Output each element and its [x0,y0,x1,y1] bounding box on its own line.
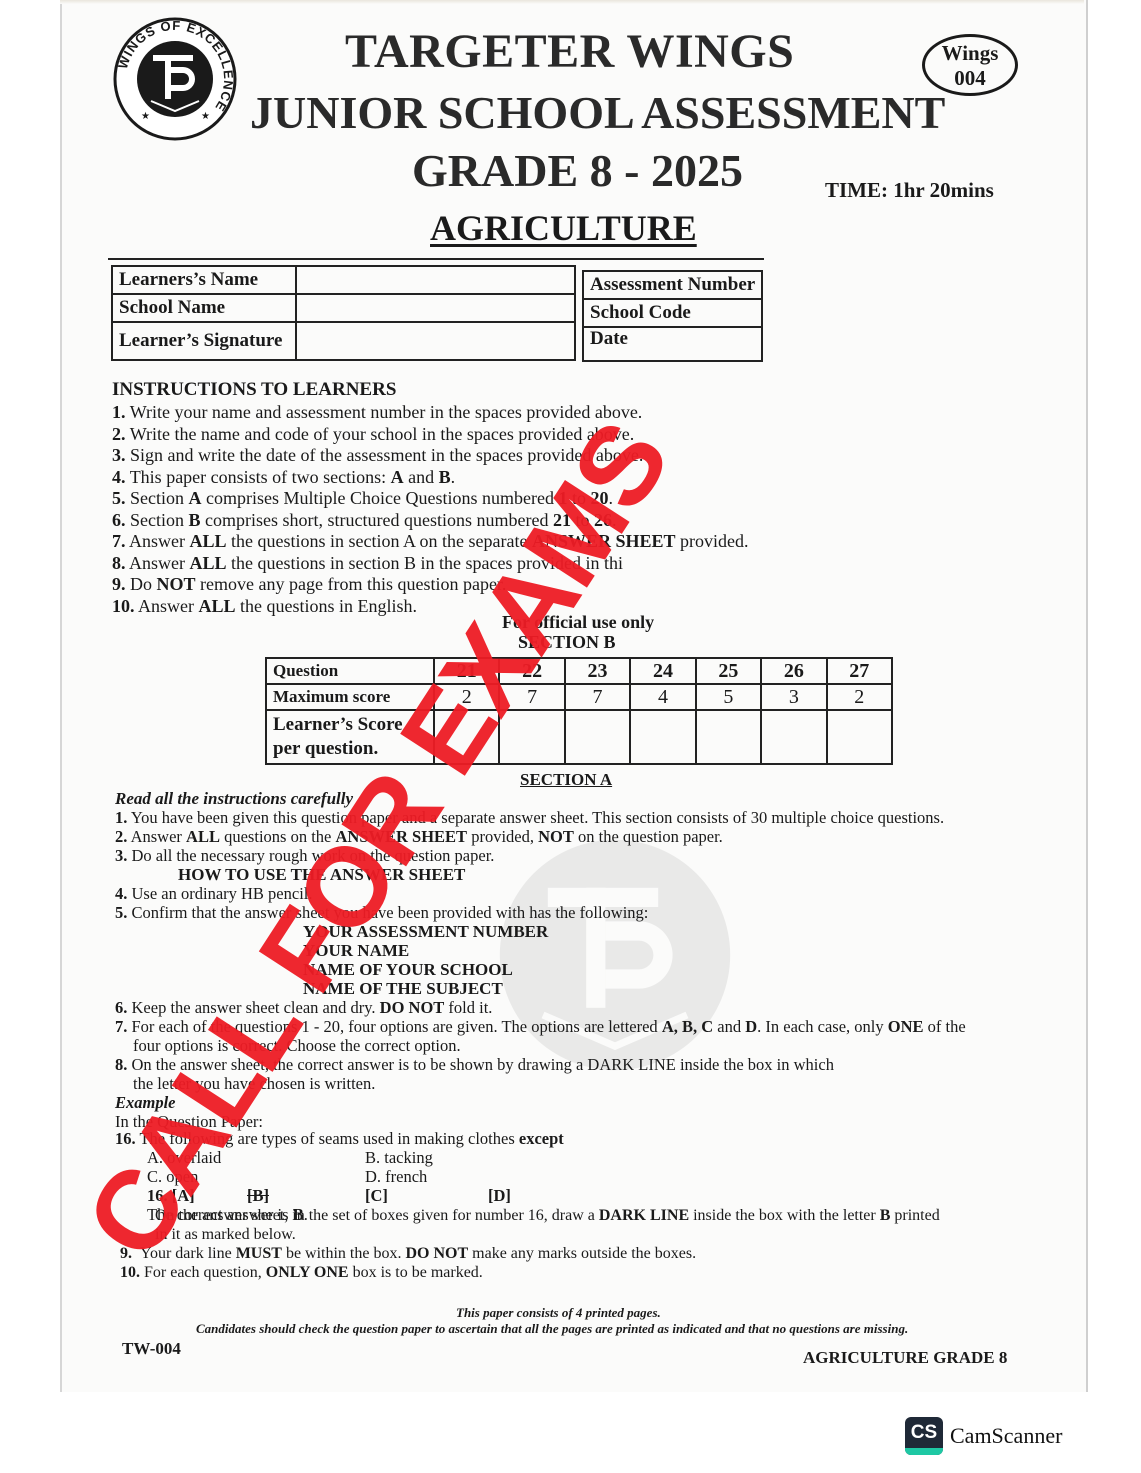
instruction-item: 4. Use an ordinary HB pencil. [115,884,966,903]
instruction-item: 1. You have been given this question pap… [115,808,966,827]
section-a-heading: SECTION A [520,770,612,790]
note-item: 10. For each question, ONLY ONE box is t… [120,1263,940,1282]
school-code-field[interactable]: School Code [583,299,762,327]
note-line: in it as marked below. [120,1225,940,1244]
instruction-item: 9. Do NOT remove any page from this ques… [112,574,749,596]
learner-info-table: Learners’s Name School Name Learner’s Si… [111,265,576,361]
note-line: On the answer sheet, in the set of boxes… [120,1206,940,1225]
option-b: B. tacking [365,1148,433,1167]
svg-text:★: ★ [141,111,150,122]
question-row: Question 21 22 23 24 25 26 27 [266,658,892,684]
learner-signature-label: Learner’s Signature [112,322,296,360]
max-score: 3 [761,684,826,710]
question-number: 24 [630,658,695,684]
answer-box-c: [C] [365,1186,388,1205]
school-logo: WINGS OF EXCELLENCE ★ ★ [113,17,237,141]
paper-code-badge: Wings 004 [922,34,1018,96]
instruction-item: 1. Write your name and assessment number… [112,402,749,424]
learner-score-cell[interactable] [696,710,761,764]
grade-title: GRADE 8 - 2025 [412,144,743,197]
answer-sheet-heading: HOW TO USE THE ANSWER SHEET [115,865,966,884]
time-allowed: TIME: 1hr 20mins [825,178,994,203]
assessment-title: JUNIOR SCHOOL ASSESSMENT [250,86,945,139]
camscanner-brand: CS CamScanner [905,1417,1062,1455]
instruction-item: 2. Answer ALL questions on the ANSWER SH… [115,827,966,846]
page-edge [60,0,1084,4]
question-number: 23 [565,658,630,684]
organization-title: TARGETER WINGS [345,24,794,79]
question-number: 26 [761,658,826,684]
camscanner-logo-icon: CS [905,1417,943,1455]
learner-score-cell[interactable] [827,710,892,764]
check-pages-note: Candidates should check the question pap… [196,1321,908,1337]
badge-line-2: 004 [925,66,1015,91]
max-score: 5 [696,684,761,710]
divider [108,258,764,260]
instruction-item: 8. Answer ALL the questions in section B… [112,553,749,575]
camscanner-name: CamScanner [950,1423,1062,1449]
instruction-item: 2. Write the name and code of your schoo… [112,424,749,446]
question-number: 27 [827,658,892,684]
school-name-field[interactable] [296,294,575,322]
max-score: 7 [565,684,630,710]
learner-name-label: Learners’s Name [112,266,296,294]
svg-text:★: ★ [201,111,210,122]
date-field[interactable]: Date [583,327,762,361]
max-score: 4 [630,684,695,710]
learner-signature-field[interactable] [296,322,575,360]
assessment-number-field[interactable]: Assessment Number [583,271,762,299]
answer-box-b-marked: [B] [247,1186,269,1205]
instruction-item: 7. Answer ALL the questions in section A… [112,531,749,553]
question-number: 25 [696,658,761,684]
max-score-row: Maximum score 2 7 7 4 5 3 2 [266,684,892,710]
subject-title: AGRICULTURE [430,207,697,249]
max-score: 2 [827,684,892,710]
read-instructions-note: Read all the instructions carefully [115,789,353,809]
instruction-item: 5. Confirm that the answer sheet you hav… [115,903,966,922]
school-name-label: School Name [112,294,296,322]
learner-score-cell[interactable] [630,710,695,764]
answer-box-d: [D] [488,1186,511,1205]
note-item: 9. Your dark line MUST be within the box… [120,1244,940,1263]
badge-line-1: Wings [925,41,1015,66]
footer-subject: AGRICULTURE GRADE 8 [803,1348,1007,1368]
instructions-heading: INSTRUCTIONS TO LEARNERS [112,379,396,401]
paper-code: TW-004 [122,1339,181,1359]
instruction-item: 3. Do all the necessary rough work on th… [115,846,966,865]
page-count-note: This paper consists of 4 printed pages. [456,1305,661,1321]
learner-name-field[interactable] [296,266,575,294]
learner-score-cell[interactable] [565,710,630,764]
learner-score-cell[interactable] [761,710,826,764]
marking-notes: On the answer sheet, in the set of boxes… [120,1206,940,1282]
assessment-info-table: Assessment Number School Code Date [582,270,763,362]
option-d: D. french [365,1167,427,1186]
